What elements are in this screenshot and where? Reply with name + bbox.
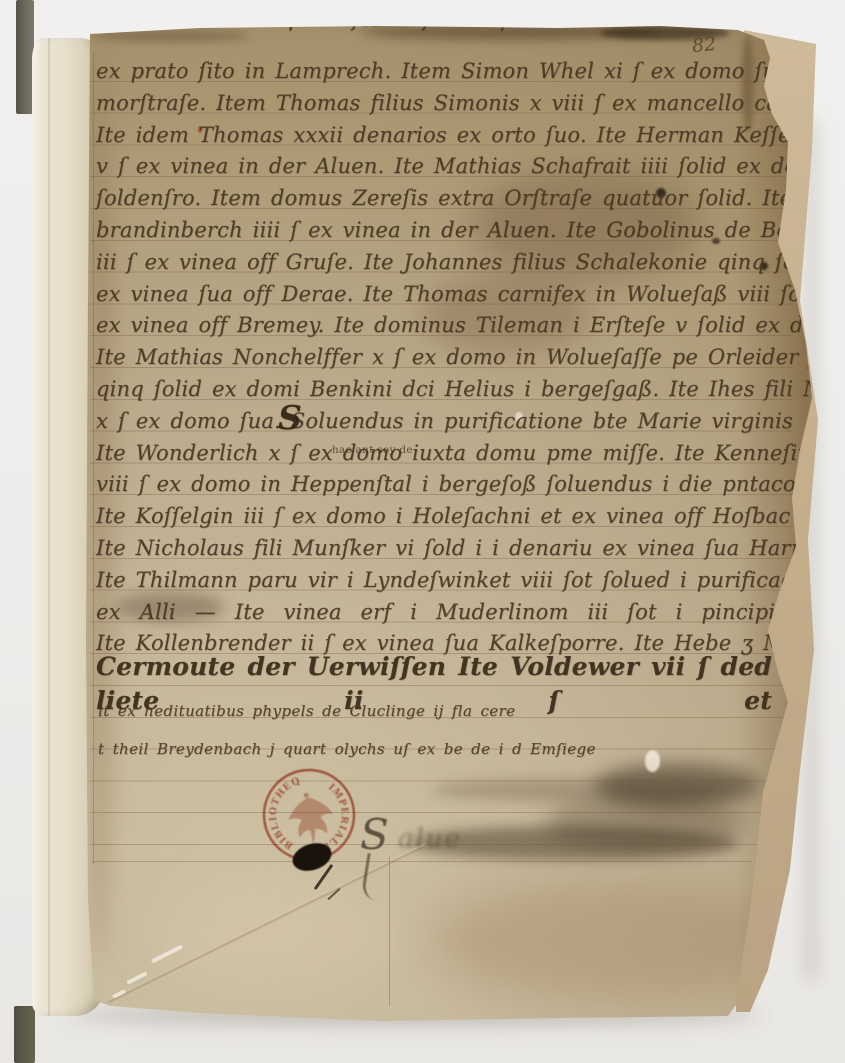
binding-strip-bottom — [14, 1006, 35, 1063]
parchment-leaf: ın chılınū cpı ſol ſoh p̄ he de nump ex … — [0, 0, 845, 1063]
manuscript-photo: ın chılınū cpı ſol ſoh p̄ he de nump ex … — [0, 0, 845, 1063]
edge-vignette — [0, 0, 845, 1063]
